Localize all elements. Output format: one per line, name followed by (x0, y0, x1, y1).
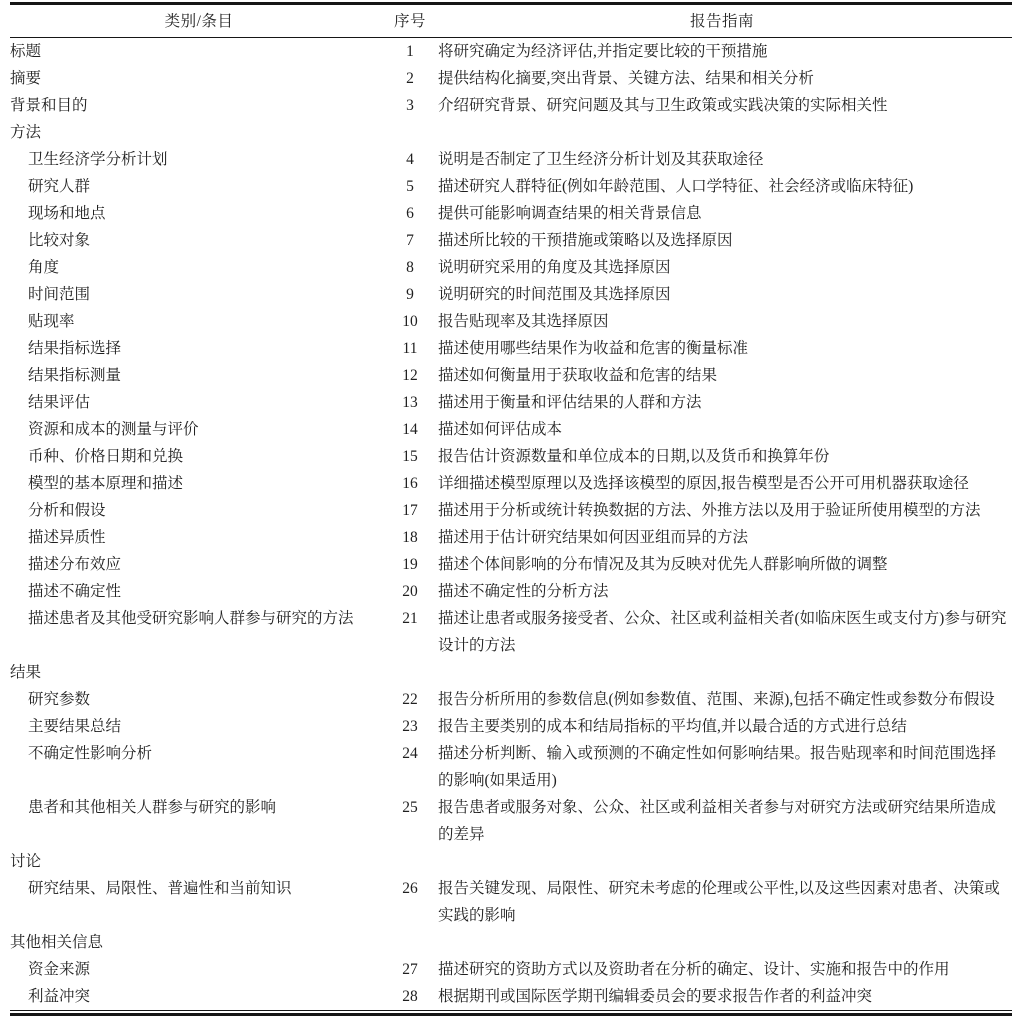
category-cell: 利益冲突 (10, 983, 388, 1011)
item-row: 分析和假设17描述用于分析或统计转换数据的方法、外推方法以及用于验证所使用模型的… (10, 497, 1012, 524)
item-row: 研究参数22报告分析所用的参数信息(例如参数值、范围、来源),包括不确定性或参数… (10, 686, 1012, 713)
item-row: 患者和其他相关人群参与研究的影响25报告患者或服务对象、公众、社区或利益相关者参… (10, 794, 1012, 848)
item-number: 13 (388, 389, 432, 416)
item-number: 9 (388, 281, 432, 308)
item-row: 结果指标选择11描述使用哪些结果作为收益和危害的衡量标准 (10, 335, 1012, 362)
guidance-text: 描述个体间影响的分布情况及其为反映对优先人群影响所做的调整 (432, 551, 1012, 578)
table-header: 类别/条目 序号 报告指南 (10, 4, 1012, 38)
item-number (388, 119, 432, 146)
item-row: 资源和成本的测量与评价14描述如何评估成本 (10, 416, 1012, 443)
category-cell: 背景和目的 (10, 92, 388, 119)
category-cell: 贴现率 (10, 308, 388, 335)
item-number: 14 (388, 416, 432, 443)
guidance-text: 报告患者或服务对象、公众、社区或利益相关者参与对研究方法或研究结果所造成的差异 (432, 794, 1012, 848)
category-cell: 摘要 (10, 65, 388, 92)
guidance-text: 描述如何衡量用于获取收益和危害的结果 (432, 362, 1012, 389)
category-cell: 描述患者及其他受研究影响人群参与研究的方法 (10, 605, 388, 659)
item-number: 21 (388, 605, 432, 659)
item-number: 6 (388, 200, 432, 227)
item-number: 10 (388, 308, 432, 335)
category-cell: 角度 (10, 254, 388, 281)
item-row: 资金来源27描述研究的资助方式以及资助者在分析的确定、设计、实施和报告中的作用 (10, 956, 1012, 983)
section-label: 其他相关信息 (10, 929, 388, 956)
category-cell: 结果指标选择 (10, 335, 388, 362)
category-cell: 结果指标测量 (10, 362, 388, 389)
item-number: 26 (388, 875, 432, 929)
guidance-text: 提供结构化摘要,突出背景、关键方法、结果和相关分析 (432, 65, 1012, 92)
item-row: 模型的基本原理和描述16详细描述模型原理以及选择该模型的原因,报告模型是否公开可… (10, 470, 1012, 497)
section-row: 方法 (10, 119, 1012, 146)
guidance-text: 说明研究的时间范围及其选择原因 (432, 281, 1012, 308)
category-cell: 币种、价格日期和兑换 (10, 443, 388, 470)
section-row: 结果 (10, 659, 1012, 686)
category-cell: 主要结果总结 (10, 713, 388, 740)
column-header-number: 序号 (388, 4, 432, 38)
item-number: 1 (388, 38, 432, 66)
guidance-text: 说明是否制定了卫生经济分析计划及其获取途径 (432, 146, 1012, 173)
category-cell: 标题 (10, 38, 388, 66)
guidance-text: 描述让患者或服务接受者、公众、社区或利益相关者(如临床医生或支付方)参与研究设计… (432, 605, 1012, 659)
item-number: 15 (388, 443, 432, 470)
guidance-text: 提供可能影响调查结果的相关背景信息 (432, 200, 1012, 227)
item-number: 17 (388, 497, 432, 524)
guidance-text: 报告关键发现、局限性、研究未考虑的伦理或公平性,以及这些因素对患者、决策或实践的… (432, 875, 1012, 929)
guidance-text: 将研究确定为经济评估,并指定要比较的干预措施 (432, 38, 1012, 66)
item-number: 20 (388, 578, 432, 605)
item-number: 16 (388, 470, 432, 497)
guidance-text: 描述研究人群特征(例如年龄范围、人口学特征、社会经济或临床特征) (432, 173, 1012, 200)
column-header-guidance: 报告指南 (432, 4, 1012, 38)
category-cell: 研究人群 (10, 173, 388, 200)
category-cell: 描述分布效应 (10, 551, 388, 578)
item-number: 23 (388, 713, 432, 740)
guidance-text: 报告估计资源数量和单位成本的日期,以及货币和换算年份 (432, 443, 1012, 470)
section-row: 其他相关信息 (10, 929, 1012, 956)
item-number: 25 (388, 794, 432, 848)
guidance-text: 描述如何评估成本 (432, 416, 1012, 443)
item-row: 描述异质性18描述用于估计研究结果如何因亚组而异的方法 (10, 524, 1012, 551)
item-number: 5 (388, 173, 432, 200)
item-row: 卫生经济学分析计划4说明是否制定了卫生经济分析计划及其获取途径 (10, 146, 1012, 173)
item-row: 描述患者及其他受研究影响人群参与研究的方法21描述让患者或服务接受者、公众、社区… (10, 605, 1012, 659)
header-row: 类别/条目 序号 报告指南 (10, 4, 1012, 38)
item-row: 贴现率10报告贴现率及其选择原因 (10, 308, 1012, 335)
guidance-text: 介绍研究背景、研究问题及其与卫生政策或实践决策的实际相关性 (432, 92, 1012, 119)
category-cell: 研究结果、局限性、普遍性和当前知识 (10, 875, 388, 929)
item-row: 描述不确定性20描述不确定性的分析方法 (10, 578, 1012, 605)
item-number (388, 848, 432, 875)
category-cell: 患者和其他相关人群参与研究的影响 (10, 794, 388, 848)
reporting-checklist-table: 类别/条目 序号 报告指南 标题1将研究确定为经济评估,并指定要比较的干预措施摘… (10, 2, 1012, 1011)
item-row: 角度8说明研究采用的角度及其选择原因 (10, 254, 1012, 281)
section-label: 结果 (10, 659, 388, 686)
guidance-text (432, 119, 1012, 146)
category-cell: 分析和假设 (10, 497, 388, 524)
item-number (388, 659, 432, 686)
guidance-text (432, 848, 1012, 875)
item-row: 现场和地点6提供可能影响调查结果的相关背景信息 (10, 200, 1012, 227)
item-row: 背景和目的3介绍研究背景、研究问题及其与卫生政策或实践决策的实际相关性 (10, 92, 1012, 119)
item-row: 币种、价格日期和兑换15报告估计资源数量和单位成本的日期,以及货币和换算年份 (10, 443, 1012, 470)
category-cell: 资源和成本的测量与评价 (10, 416, 388, 443)
item-number: 24 (388, 740, 432, 794)
item-row: 描述分布效应19描述个体间影响的分布情况及其为反映对优先人群影响所做的调整 (10, 551, 1012, 578)
guidance-text: 描述不确定性的分析方法 (432, 578, 1012, 605)
category-cell: 现场和地点 (10, 200, 388, 227)
section-label: 讨论 (10, 848, 388, 875)
guidance-text: 报告主要类别的成本和结局指标的平均值,并以最合适的方式进行总结 (432, 713, 1012, 740)
guidance-text: 报告分析所用的参数信息(例如参数值、范围、来源),包括不确定性或参数分布假设 (432, 686, 1012, 713)
category-cell: 描述不确定性 (10, 578, 388, 605)
scanned-checklist-page: 类别/条目 序号 报告指南 标题1将研究确定为经济评估,并指定要比较的干预措施摘… (0, 0, 1024, 1036)
item-row: 结果评估13描述用于衡量和评估结果的人群和方法 (10, 389, 1012, 416)
section-label: 方法 (10, 119, 388, 146)
item-number: 11 (388, 335, 432, 362)
guidance-text: 描述使用哪些结果作为收益和危害的衡量标准 (432, 335, 1012, 362)
item-number: 18 (388, 524, 432, 551)
section-row: 讨论 (10, 848, 1012, 875)
guidance-text: 报告贴现率及其选择原因 (432, 308, 1012, 335)
column-header-category: 类别/条目 (10, 4, 388, 38)
guidance-text: 根据期刊或国际医学期刊编辑委员会的要求报告作者的利益冲突 (432, 983, 1012, 1011)
category-cell: 时间范围 (10, 281, 388, 308)
category-cell: 卫生经济学分析计划 (10, 146, 388, 173)
item-row: 研究人群5描述研究人群特征(例如年龄范围、人口学特征、社会经济或临床特征) (10, 173, 1012, 200)
guidance-text: 描述用于分析或统计转换数据的方法、外推方法以及用于验证所使用模型的方法 (432, 497, 1012, 524)
item-number: 2 (388, 65, 432, 92)
item-row: 利益冲突28根据期刊或国际医学期刊编辑委员会的要求报告作者的利益冲突 (10, 983, 1012, 1011)
category-cell: 资金来源 (10, 956, 388, 983)
item-number: 3 (388, 92, 432, 119)
item-number: 12 (388, 362, 432, 389)
item-number: 8 (388, 254, 432, 281)
item-row: 时间范围9说明研究的时间范围及其选择原因 (10, 281, 1012, 308)
guidance-text: 描述所比较的干预措施或策略以及选择原因 (432, 227, 1012, 254)
guidance-text: 说明研究采用的角度及其选择原因 (432, 254, 1012, 281)
item-number: 19 (388, 551, 432, 578)
item-row: 研究结果、局限性、普遍性和当前知识26报告关键发现、局限性、研究未考虑的伦理或公… (10, 875, 1012, 929)
guidance-text: 描述分析判断、输入或预测的不确定性如何影响结果。报告贴现率和时间范围选择的影响(… (432, 740, 1012, 794)
item-number: 7 (388, 227, 432, 254)
guidance-text: 描述研究的资助方式以及资助者在分析的确定、设计、实施和报告中的作用 (432, 956, 1012, 983)
table-body: 标题1将研究确定为经济评估,并指定要比较的干预措施摘要2提供结构化摘要,突出背景… (10, 38, 1012, 1011)
guidance-text: 描述用于估计研究结果如何因亚组而异的方法 (432, 524, 1012, 551)
guidance-text (432, 659, 1012, 686)
guidance-text: 描述用于衡量和评估结果的人群和方法 (432, 389, 1012, 416)
table-bottom-rule (10, 1013, 1012, 1016)
item-row: 结果指标测量12描述如何衡量用于获取收益和危害的结果 (10, 362, 1012, 389)
item-row: 主要结果总结23报告主要类别的成本和结局指标的平均值,并以最合适的方式进行总结 (10, 713, 1012, 740)
item-row: 不确定性影响分析24描述分析判断、输入或预测的不确定性如何影响结果。报告贴现率和… (10, 740, 1012, 794)
guidance-text (432, 929, 1012, 956)
category-cell: 比较对象 (10, 227, 388, 254)
item-number: 27 (388, 956, 432, 983)
category-cell: 研究参数 (10, 686, 388, 713)
item-number: 4 (388, 146, 432, 173)
item-number (388, 929, 432, 956)
category-cell: 结果评估 (10, 389, 388, 416)
item-number: 22 (388, 686, 432, 713)
item-row: 摘要2提供结构化摘要,突出背景、关键方法、结果和相关分析 (10, 65, 1012, 92)
item-number: 28 (388, 983, 432, 1011)
guidance-text: 详细描述模型原理以及选择该模型的原因,报告模型是否公开可用机器获取途径 (432, 470, 1012, 497)
item-row: 比较对象7描述所比较的干预措施或策略以及选择原因 (10, 227, 1012, 254)
category-cell: 不确定性影响分析 (10, 740, 388, 794)
item-row: 标题1将研究确定为经济评估,并指定要比较的干预措施 (10, 38, 1012, 66)
category-cell: 描述异质性 (10, 524, 388, 551)
category-cell: 模型的基本原理和描述 (10, 470, 388, 497)
